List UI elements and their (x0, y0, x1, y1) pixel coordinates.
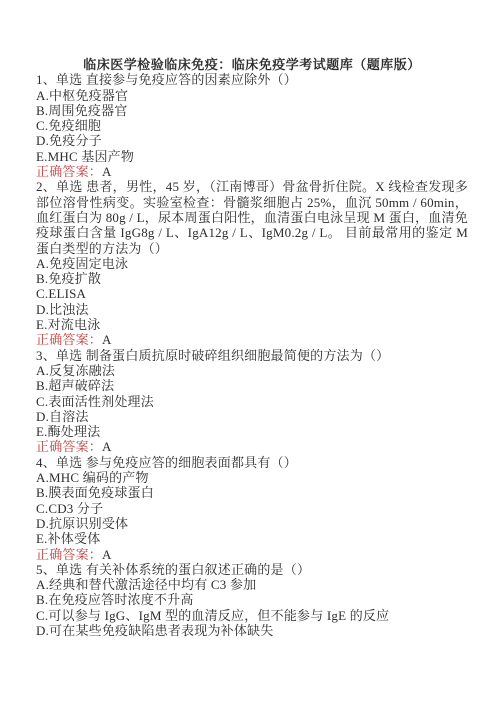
answer-line: 正确答案：A (36, 547, 468, 562)
question-option: A.免疫固定电泳 (36, 256, 468, 271)
question-option: C.ELISA (36, 286, 468, 301)
answer-line: 正确答案：A (36, 164, 468, 179)
answer-value: A (102, 164, 112, 179)
question-1: 1、单选 直接参与免疫应答的因素应除外（） A.中枢免疫器官 B.周围免疫器官 … (36, 72, 468, 179)
question-option: E.对流电泳 (36, 317, 468, 332)
question-stem: 2、单选 患者，男性，45 岁，（江南博哥）骨盆骨折住院。X 线检查发现多部位溶… (36, 179, 468, 255)
answer-label: 正确答案： (36, 164, 102, 179)
document-page: 临床医学检验临床免疫：临床免疫学考试题库（题库版） 1、单选 直接参与免疫应答的… (0, 0, 500, 707)
answer-line: 正确答案：A (36, 439, 468, 454)
question-option: D.免疫分子 (36, 133, 468, 148)
question-option: A.经典和替代激活途径中均有 C3 参加 (36, 577, 468, 592)
answer-value: A (102, 547, 112, 562)
question-option: C.表面活性剂处理法 (36, 394, 468, 409)
question-3: 3、单选 制备蛋白质抗原时破碎组织细胞最简便的方法为（） A.反复冻融法 B.超… (36, 348, 468, 455)
question-option: D.自溶法 (36, 409, 468, 424)
question-option: A.中枢免疫器官 (36, 88, 468, 103)
question-option: E.酶处理法 (36, 424, 468, 439)
answer-value: A (102, 332, 112, 347)
answer-line: 正确答案：A (36, 332, 468, 347)
question-option: D.可在某些免疫缺陷患者表现为补体缺失 (36, 623, 468, 638)
question-2: 2、单选 患者，男性，45 岁，（江南博哥）骨盆骨折住院。X 线检查发现多部位溶… (36, 179, 468, 347)
question-option: C.免疫细胞 (36, 118, 468, 133)
answer-label: 正确答案： (36, 547, 102, 562)
question-5: 5、单选 有关补体系统的蛋白叙述正确的是（） A.经典和替代激活途径中均有 C3… (36, 562, 468, 638)
question-stem: 1、单选 直接参与免疫应答的因素应除外（） (36, 72, 468, 87)
question-option: D.比浊法 (36, 302, 468, 317)
question-option: C.CD3 分子 (36, 501, 468, 516)
question-option: B.膜表面免疫球蛋白 (36, 485, 468, 500)
question-stem: 4、单选 参与免疫应答的细胞表面都具有（） (36, 455, 468, 470)
question-option: B.周围免疫器官 (36, 103, 468, 118)
question-option: B.超声破碎法 (36, 378, 468, 393)
question-option: D.抗原识别受体 (36, 516, 468, 531)
question-option: A.反复冻融法 (36, 363, 468, 378)
document-title: 临床医学检验临床免疫：临床免疫学考试题库（题库版） (36, 57, 468, 72)
question-4: 4、单选 参与免疫应答的细胞表面都具有（） A.MHC 编码的产物 B.膜表面免… (36, 455, 468, 562)
question-stem: 3、单选 制备蛋白质抗原时破碎组织细胞最简便的方法为（） (36, 348, 468, 363)
question-option: B.在免疫应答时浓度不升高 (36, 592, 468, 607)
question-stem: 5、单选 有关补体系统的蛋白叙述正确的是（） (36, 562, 468, 577)
question-option: E.MHC 基因产物 (36, 149, 468, 164)
question-option: C.可以参与 IgG、IgM 型的血清反应，但不能参与 IgE 的反应 (36, 608, 468, 623)
question-option: A.MHC 编码的产物 (36, 470, 468, 485)
answer-label: 正确答案： (36, 439, 102, 454)
answer-value: A (102, 439, 112, 454)
question-option: E.补体受体 (36, 531, 468, 546)
answer-label: 正确答案： (36, 332, 102, 347)
question-option: B.免疫扩散 (36, 271, 468, 286)
